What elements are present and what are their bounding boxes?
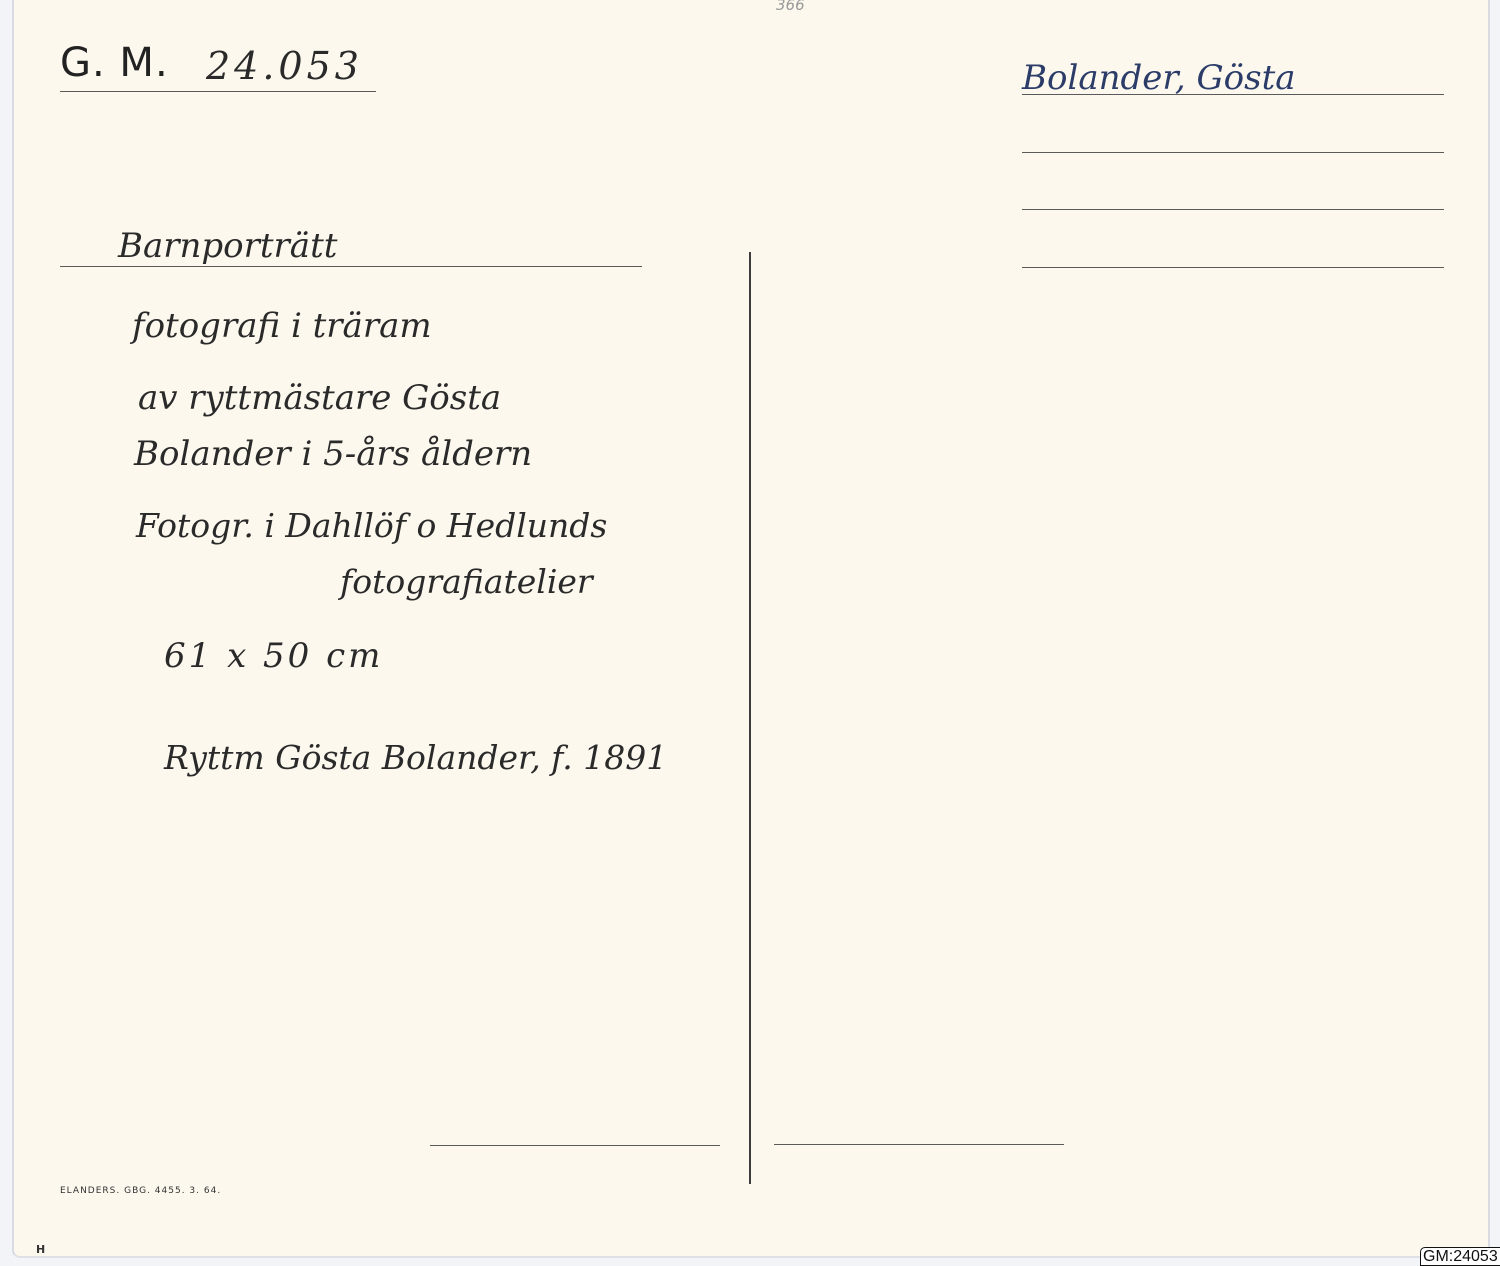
- bottom-rule-left: [430, 1145, 720, 1146]
- printer-mark: ELANDERS. GBG. 4455. 3. 64.: [60, 1186, 221, 1196]
- index-rule-1: [1022, 94, 1444, 95]
- depicted-person: Ryttm Gösta Bolander, f. 1891: [164, 738, 667, 777]
- bottom-rule-right: [774, 1144, 1064, 1145]
- image-id-tag: GM:24053: [1420, 1247, 1500, 1266]
- catalog-number: 24.053: [206, 44, 363, 88]
- index-name: Bolander, Gösta: [1022, 58, 1296, 98]
- corner-mark: H: [36, 1243, 46, 1256]
- description-line-1: fotografi i träram: [132, 306, 432, 346]
- dimensions: 61 x 50 cm: [164, 636, 383, 676]
- index-rule-3: [1022, 209, 1444, 210]
- index-rule-2: [1022, 152, 1444, 153]
- catalog-prefix: G. M.: [60, 40, 169, 86]
- description-line-5: fotografiatelier: [340, 562, 593, 601]
- catalog-card: 366 G. M. 24.053 Bolander, Gösta Barnpor…: [12, 0, 1490, 1258]
- description-line-2: av ryttmästare Gösta: [138, 378, 501, 418]
- catalog-number-rule: [60, 91, 376, 92]
- description-line-3: Bolander i 5-års åldern: [134, 434, 532, 474]
- pencil-note: 366: [776, 0, 805, 14]
- vertical-divider: [749, 252, 751, 1184]
- description-line-4: Fotogr. i Dahllöf o Hedlunds: [136, 506, 607, 545]
- object-title: Barnporträtt: [118, 226, 337, 266]
- index-rule-4: [1022, 267, 1444, 268]
- scan-page: 366 G. M. 24.053 Bolander, Gösta Barnpor…: [0, 0, 1500, 1266]
- title-rule: [60, 266, 642, 267]
